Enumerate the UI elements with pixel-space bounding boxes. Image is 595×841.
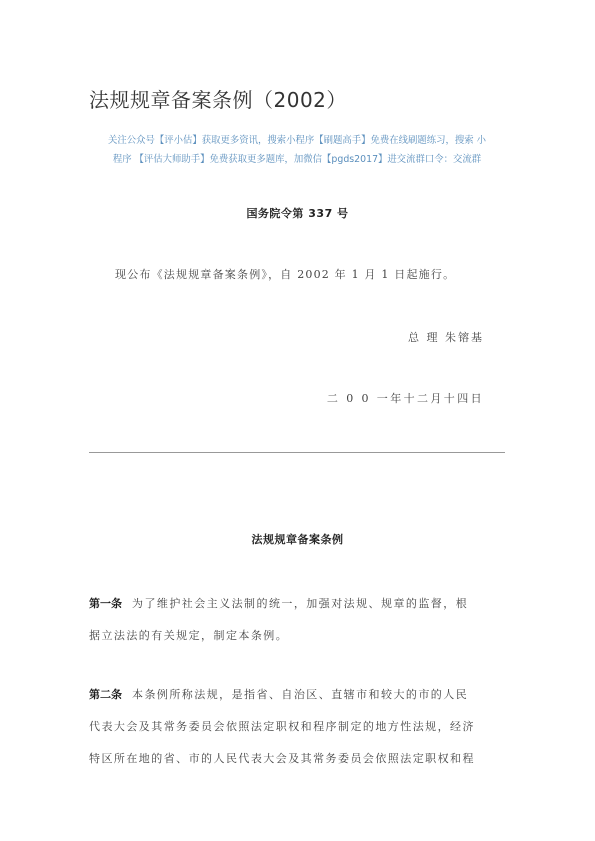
article-1-text-1: 为了维护社会主义法制的统一，加强对法规、规章的监督，根 bbox=[132, 597, 468, 610]
horizontal-divider bbox=[89, 452, 505, 453]
article-1-line-1: 第一条为了维护社会主义法制的统一，加强对法规、规章的监督，根 bbox=[89, 588, 505, 620]
article-2-line-2: 代表大会及其常务委员会依照法定职权和程序制定的地方性法规，经济 bbox=[89, 711, 505, 743]
promo-line-1: 关注公众号【评小估】获取更多资讯，搜索小程序【刷题高手】免费在线刷题练习，搜索 … bbox=[89, 131, 505, 150]
promo-notice: 关注公众号【评小估】获取更多资讯，搜索小程序【刷题高手】免费在线刷题练习，搜索 … bbox=[89, 131, 505, 169]
article-2-line-1: 第二条本条例所称法规，是指省、自治区、直辖市和较大的市的人民 bbox=[89, 679, 505, 711]
article-2: 第二条本条例所称法规，是指省、自治区、直辖市和较大的市的人民 代表大会及其常务委… bbox=[89, 679, 505, 775]
article-2-text-1: 本条例所称法规，是指省、自治区、直辖市和较大的市的人民 bbox=[132, 688, 468, 701]
article-2-label: 第二条 bbox=[89, 688, 122, 701]
article-1-line-2: 据立法法的有关规定，制定本条例。 bbox=[89, 620, 505, 652]
article-1: 第一条为了维护社会主义法制的统一，加强对法规、规章的监督，根 据立法法的有关规定… bbox=[89, 588, 505, 652]
article-2-line-3: 特区所在地的省、市的人民代表大会及其常务委员会依照法定职权和程 bbox=[89, 743, 505, 775]
article-1-label: 第一条 bbox=[89, 597, 122, 610]
premier-signature: 总 理 朱镕基 bbox=[408, 329, 484, 345]
promulgation-text: 现公布《法规规章备案条例》，自 2002 年 1 月 1 日起施行。 bbox=[115, 266, 455, 282]
decree-number: 国务院令第 337 号 bbox=[0, 205, 595, 221]
regulation-title: 法规规章备案条例 bbox=[0, 531, 595, 547]
issue-date: 二 0 0 一年十二月十四日 bbox=[327, 390, 484, 406]
document-title: 法规规章备案条例（2002） bbox=[89, 84, 347, 113]
promo-line-2: 程序 【评估大师助手】免费获取更多题库，加微信【pgds2017】进交流群口令：… bbox=[89, 150, 505, 169]
